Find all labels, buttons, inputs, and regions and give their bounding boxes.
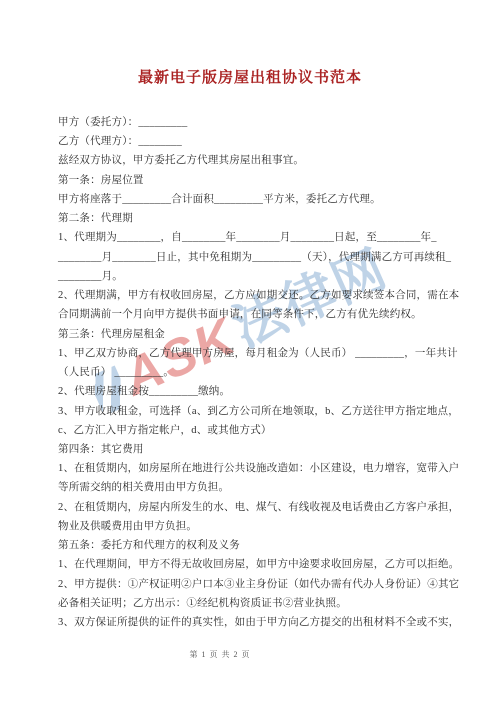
document-line: ________月。: [58, 267, 450, 286]
document-line: ________月________日止，其中免租期为_________（天），代…: [58, 248, 450, 267]
document-line: 2、代理期满，甲方有权收回房屋，乙方应如期交还。乙方如要求续签本合同，需在本: [58, 286, 450, 305]
document-line: 2、代理房屋租金按_________缴纳。: [58, 382, 450, 401]
document-line: 甲方将座落于_________合计面积_________平方米，委托乙方代理。: [58, 190, 450, 209]
document-title: 最新电子版房屋出租协议书范本: [0, 66, 500, 87]
document-line: 等所需交纳的相关费用由甲方负担。: [58, 478, 450, 497]
document-line: 合同期满前一个月向甲方提供书面申请，在同等条件下，乙方有优先续约权。: [58, 305, 450, 324]
document-line: 甲方（委托方）：_________: [58, 113, 450, 132]
document-line: 1、甲乙双方协商，乙方代理甲方房屋，每月租金为（人民币） _________，一…: [58, 344, 450, 363]
document-line: 1、在代理期间，甲方不得无故收回房屋，如甲方中途要求收回房屋，乙方可以拒绝。: [58, 555, 450, 574]
document-line: 必备相关证明；乙方出示：①经纪机构资质证书②营业执照。: [58, 594, 450, 613]
document-line: 第一条：房屋位置: [58, 171, 450, 190]
document-line: 乙方（代理方）：________: [58, 132, 450, 151]
document-line: 3、双方保证所提供的证件的真实性，如由于甲方向乙方提交的出租材料不全或不实，: [58, 613, 450, 632]
document-line: 3、甲方收取租金，可选择（a、到乙方公司所在地领取，b、乙方送往甲方指定地点，: [58, 402, 450, 421]
document-line: 1、代理期为________，自________年________月______…: [58, 228, 450, 247]
document-page: ASK法律网 最新电子版房屋出租协议书范本 甲方（委托方）：_________乙…: [0, 0, 500, 706]
document-line: 第四条：其它费用: [58, 440, 450, 459]
document-line: 物业及供暖费用由甲方负担。: [58, 517, 450, 536]
document-line: 第三条：代理房屋租金: [58, 325, 450, 344]
document-line: 兹经双方协议，甲方委托乙方代理其房屋出租事宜。: [58, 151, 450, 170]
document-body: 甲方（委托方）：_________乙方（代理方）：________兹经双方协议，…: [58, 113, 450, 632]
document-line: 第五条：委托方和代理方的权利及义务: [58, 536, 450, 555]
document-line: 2、甲方提供：①产权证明②户口本③业主身份证（如代办需有代办人身份证）④其它: [58, 575, 450, 594]
page-number: 第 1 页 共 2 页: [0, 649, 440, 660]
document-line: 第二条：代理期: [58, 209, 450, 228]
document-line: c、乙方汇入甲方指定帐户，d、或其他方式）: [58, 421, 450, 440]
document-line: （人民币） _________。: [58, 363, 450, 382]
document-line: 2、在租赁期内，房屋内所发生的水、电、煤气、有线收视及电话费由乙方客户承担，: [58, 498, 450, 517]
document-line: 1、在租赁期内，如房屋所在地进行公共设施改造如：小区建设，电力增容，宽带入户: [58, 459, 450, 478]
